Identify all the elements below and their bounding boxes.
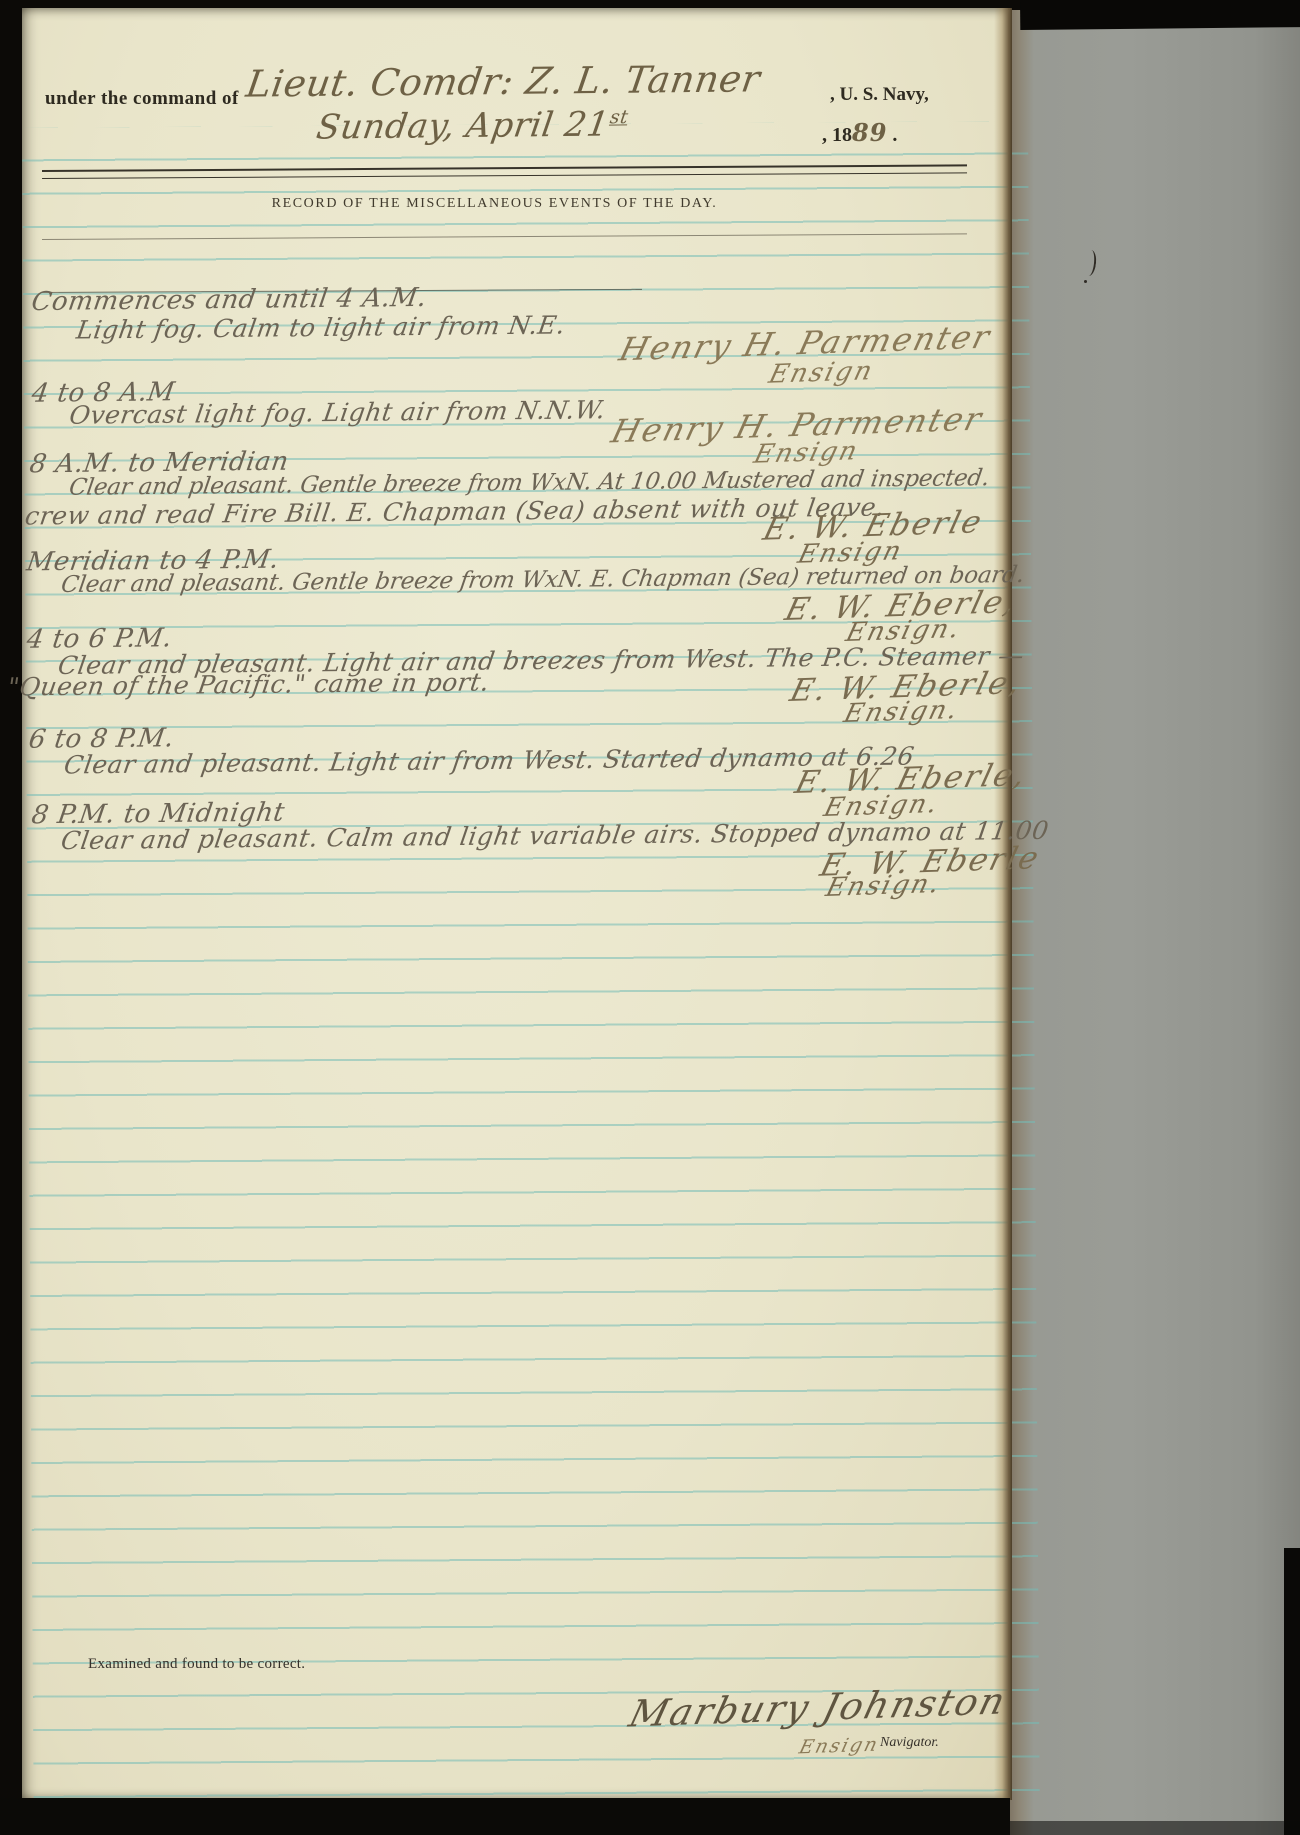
book-cover bbox=[1004, 10, 1300, 1835]
logbook-page: under the command of Lieut. Comdr: Z. L.… bbox=[22, 8, 1008, 1800]
thin-rule bbox=[42, 233, 967, 240]
cover-right-shadow bbox=[1284, 1548, 1300, 1835]
bottom-shadow bbox=[0, 1798, 1010, 1835]
date-ordinal: st bbox=[609, 107, 630, 128]
entry-line: "Queen of the Pacific." came in port. bbox=[5, 667, 491, 701]
year-handwritten: 89 bbox=[852, 118, 887, 147]
us-navy-label: , U. S. Navy, bbox=[830, 84, 929, 106]
signature-rank: Ensign bbox=[766, 356, 877, 390]
ruled-lines bbox=[22, 121, 1039, 1804]
date-main: Sunday, April 21 bbox=[314, 105, 612, 148]
signature-rank: Ensign. bbox=[823, 869, 945, 903]
date-handwritten: Sunday, April 21st bbox=[314, 104, 630, 147]
logbook-scan: { "header": { "printed_prefix": "under t… bbox=[0, 0, 1300, 1835]
year-prefix: , 18 bbox=[822, 124, 852, 146]
examined-statement: Examined and found to be correct. bbox=[88, 1656, 305, 1673]
page-edge bbox=[994, 8, 1012, 1800]
commander-name-handwritten: Lieut. Comdr: Z. L. Tanner bbox=[243, 57, 763, 105]
cover-bottom-shadow bbox=[1004, 1821, 1300, 1835]
year-line: , 1889 . bbox=[822, 118, 897, 147]
section-title: RECORD OF THE MISCELLANEOUS EVENTS OF TH… bbox=[22, 196, 967, 212]
entry-line: Clear and pleasant. Light air from West.… bbox=[62, 742, 916, 780]
stray-ink-dot bbox=[1084, 280, 1087, 283]
entry-line: Light fog. Calm to light air from N.E. bbox=[74, 310, 567, 344]
year-period: . bbox=[887, 124, 897, 146]
cover-top-shadow bbox=[1020, 0, 1300, 30]
signature-rank: Ensign bbox=[751, 436, 862, 470]
navigator-signature: Marbury Johnston bbox=[625, 1680, 1012, 1736]
signature-rank: Ensign. bbox=[841, 695, 963, 729]
command-of-label: under the command of bbox=[45, 88, 239, 110]
navigator-rank-handwritten: Ensign bbox=[797, 1734, 882, 1759]
navigator-title-printed: Navigator. bbox=[880, 1735, 939, 1751]
entry-line: Overcast light fog. Light air from N.N.W… bbox=[67, 395, 607, 430]
double-rule bbox=[42, 164, 967, 179]
